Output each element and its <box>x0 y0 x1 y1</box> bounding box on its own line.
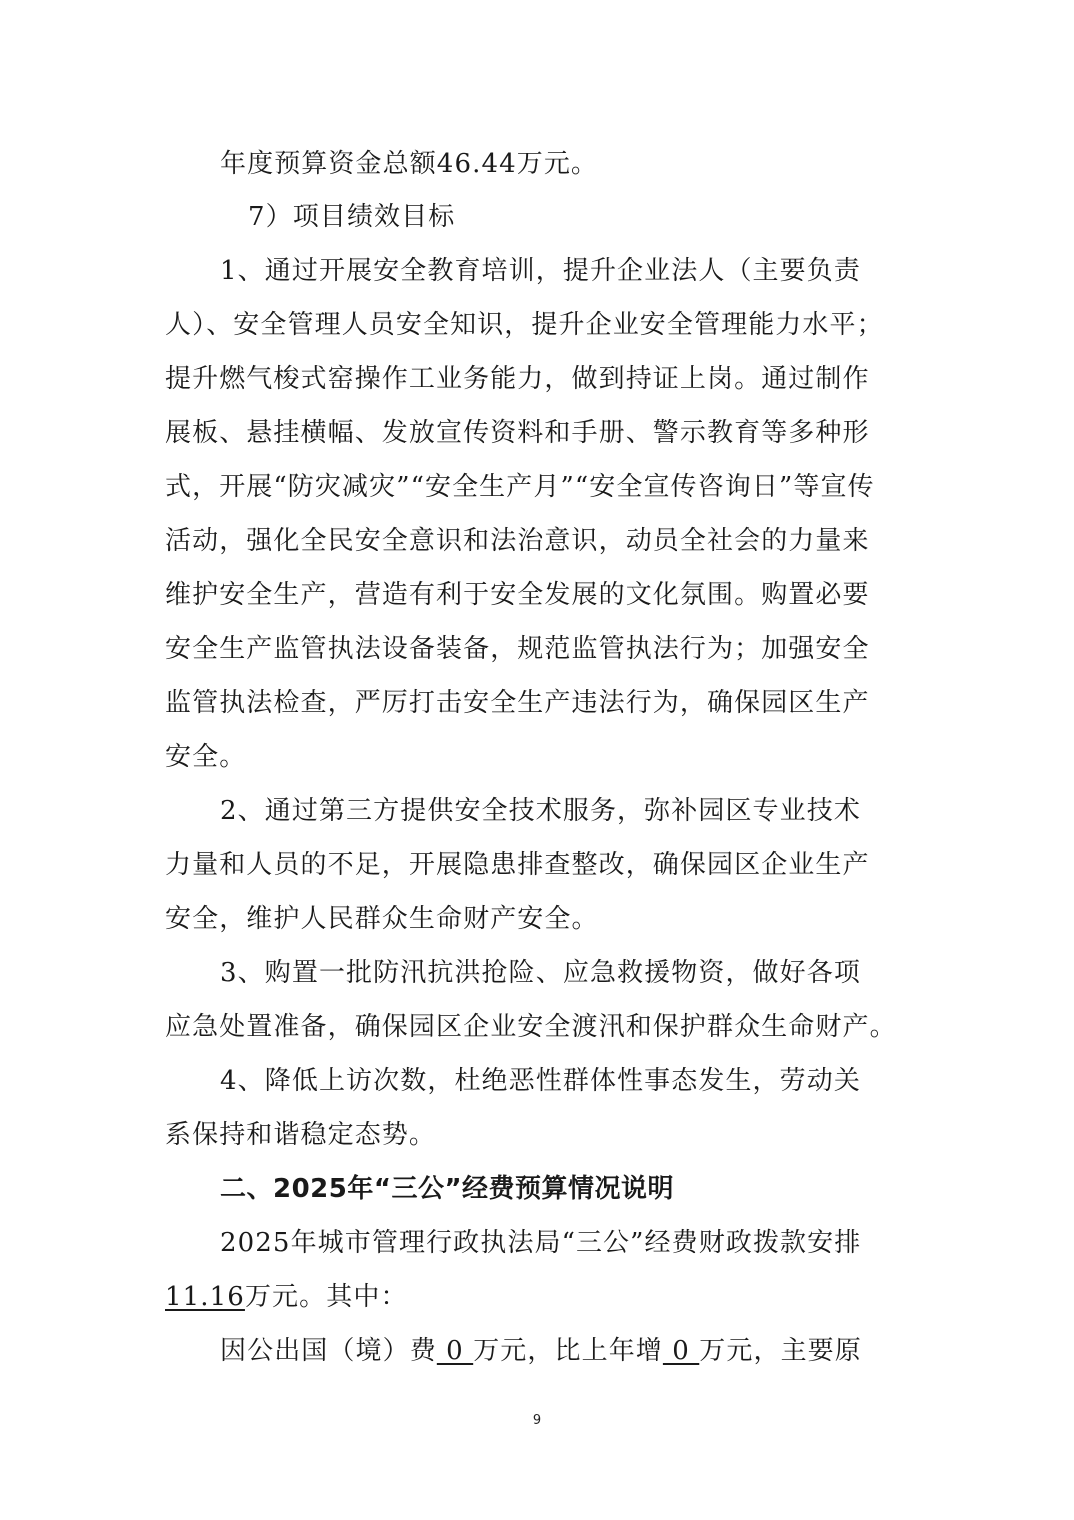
goal-4-line-2: 系保持和谐稳定态势。 <box>165 1118 436 1152</box>
goal-4-line-1: 4、降低上访次数，杜绝恶性群体性事态发生，劳动关 <box>220 1064 861 1098</box>
overseas-travel-label: 因公出国（境）费 <box>220 1336 437 1366</box>
goal-3-line-2: 应急处置准备，确保园区企业安全渡汛和保护群众生命财产。 <box>165 1010 897 1044</box>
overseas-travel-increase: 0 <box>663 1336 699 1366</box>
document-page: 年度预算资金总额46.44万元。 7）项目绩效目标 1、通过开展安全教育培训，提… <box>0 0 1074 1520</box>
goal-1-line-5: 式，开展“防灾减灾”“安全生产月”“安全宣传咨询日”等宣传 <box>165 470 875 504</box>
goal-1-line-6: 活动，强化全民安全意识和法治意识，动员全社会的力量来 <box>165 524 870 558</box>
goal-1-line-10: 安全。 <box>165 740 246 774</box>
goal-1-line-4: 展板、悬挂横幅、发放宣传资料和手册、警示教育等多种形 <box>165 416 870 450</box>
goal-1-line-2: 人）、安全管理人员安全知识，提升企业安全管理能力水平； <box>165 308 884 342</box>
goal-1-line-1: 1、通过开展安全教育培训，提升企业法人（主要负责 <box>220 254 861 288</box>
three-public-intro-line-2: 11.16万元。其中： <box>165 1280 408 1314</box>
overseas-travel-compare-label: 万元，比上年增 <box>473 1336 663 1366</box>
three-public-intro-line-1: 2025年城市管理行政执法局“三公”经费财政拨款安排 <box>220 1226 861 1260</box>
overseas-travel-line: 因公出国（境）费 0 万元，比上年增 0 万元，主要原 <box>220 1334 862 1368</box>
total-amount-suffix: 万元。其中： <box>245 1282 408 1312</box>
goal-2-line-2: 力量和人员的不足，开展隐患排查整改，确保园区企业生产 <box>165 848 870 882</box>
goal-1-line-9: 监管执法检查，严厉打击安全生产违法行为，确保园区生产 <box>165 686 870 720</box>
goal-1-line-3: 提升燃气梭式窑操作工业务能力，做到持证上岗。通过制作 <box>165 362 870 396</box>
section-heading-three-public-expenses: 二、2025年“三公”经费预算情况说明 <box>220 1172 674 1206</box>
goal-2-line-3: 安全，维护人民群众生命财产安全。 <box>165 902 599 936</box>
budget-total-text: 年度预算资金总额46.44万元。 <box>220 147 598 181</box>
goal-1-line-8: 安全生产监管执法设备装备，规范监管执法行为；加强安全 <box>165 632 870 666</box>
goal-1-line-7: 维护安全生产，营造有利于安全发展的文化氛围。购置必要 <box>165 578 870 612</box>
overseas-travel-amount: 0 <box>437 1336 473 1366</box>
overseas-travel-reason-label: 万元，主要原 <box>699 1336 862 1366</box>
total-amount-value: 11.16 <box>165 1282 245 1312</box>
goal-3-line-1: 3、购置一批防汛抗洪抢险、应急救援物资，做好各项 <box>220 956 861 990</box>
section-heading-performance-goals: 7）项目绩效目标 <box>248 200 455 234</box>
page-number: 9 <box>0 1413 1074 1428</box>
goal-2-line-1: 2、通过第三方提供安全技术服务，弥补园区专业技术 <box>220 794 861 828</box>
